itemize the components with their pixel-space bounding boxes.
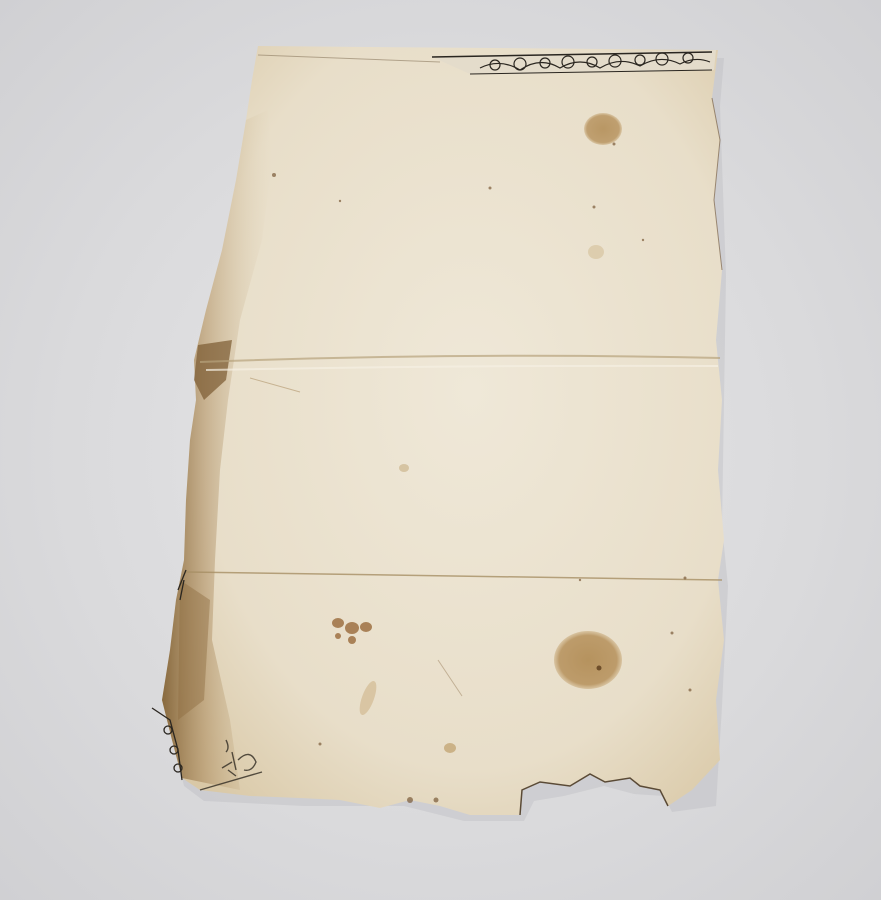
paper-photo xyxy=(0,0,881,900)
stain-round-upper xyxy=(584,113,622,145)
stain-round-lower xyxy=(554,631,622,689)
